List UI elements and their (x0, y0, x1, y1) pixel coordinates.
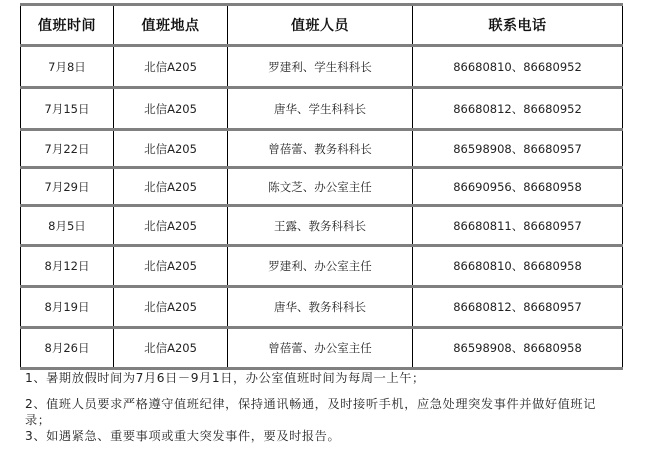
cell-phone: 86680811、86680957 (413, 206, 623, 246)
duty-schedule-table: 值班时间 值班地点 值班人员 联系电话 7月8日 北信A205 罗建利、学生科科… (20, 3, 623, 370)
note-holiday-period: 1、暑期放假时间为7月6日－9月1日，办公室值班时间为每周一上午； (25, 370, 425, 386)
cell-staff: 曾蓓蕾、教务科科长 (228, 130, 413, 168)
cell-place: 北信A205 (114, 88, 228, 130)
cell-place: 北信A205 (114, 246, 228, 287)
cell-date: 7月22日 (21, 130, 114, 168)
header-staff: 值班人员 (228, 5, 413, 46)
header-date: 值班时间 (21, 5, 114, 46)
cell-date: 7月29日 (21, 168, 114, 206)
cell-staff: 罗建利、办公室主任 (228, 246, 413, 287)
cell-staff: 王露、教务科科长 (228, 206, 413, 246)
cell-staff: 陈文芝、办公室主任 (228, 168, 413, 206)
table-body: 7月8日 北信A205 罗建利、学生科科长 86680810、86680952 … (21, 46, 623, 369)
cell-staff: 唐华、学生科科长 (228, 88, 413, 130)
cell-date: 8月26日 (21, 328, 114, 369)
table-row: 8月5日 北信A205 王露、教务科科长 86680811、86680957 (21, 206, 623, 246)
cell-phone: 86690956、86680958 (413, 168, 623, 206)
note-duty-discipline: 2、值班人员要求严格遵守值班纪律，保持通讯畅通，及时接听手机，应急处理突发事件并… (25, 396, 600, 428)
table-row: 7月15日 北信A205 唐华、学生科科长 86680812、86680952 (21, 88, 623, 130)
cell-phone: 86680810、86680952 (413, 46, 623, 88)
cell-place: 北信A205 (114, 46, 228, 88)
cell-staff: 罗建利、学生科科长 (228, 46, 413, 88)
cell-date: 7月15日 (21, 88, 114, 130)
cell-place: 北信A205 (114, 206, 228, 246)
cell-date: 8月19日 (21, 287, 114, 328)
note-emergency-report: 3、如遇紧急、重要事项或重大突发事件，要及时报告。 (25, 428, 340, 444)
cell-staff: 唐华、教务科科长 (228, 287, 413, 328)
cell-date: 8月12日 (21, 246, 114, 287)
cell-phone: 86680812、86680952 (413, 88, 623, 130)
cell-place: 北信A205 (114, 130, 228, 168)
table-row: 7月8日 北信A205 罗建利、学生科科长 86680810、86680952 (21, 46, 623, 88)
cell-phone: 86680810、86680958 (413, 246, 623, 287)
header-place: 值班地点 (114, 5, 228, 46)
table-row: 8月19日 北信A205 唐华、教务科科长 86680812、86680957 (21, 287, 623, 328)
cell-place: 北信A205 (114, 168, 228, 206)
header-phone: 联系电话 (413, 5, 623, 46)
table-row: 7月22日 北信A205 曾蓓蕾、教务科科长 86598908、86680957 (21, 130, 623, 168)
table-row: 8月26日 北信A205 曾蓓蕾、办公室主任 86598908、86680958 (21, 328, 623, 369)
header-row: 值班时间 值班地点 值班人员 联系电话 (21, 5, 623, 46)
cell-date: 8月5日 (21, 206, 114, 246)
cell-phone: 86680812、86680957 (413, 287, 623, 328)
table-row: 8月12日 北信A205 罗建利、办公室主任 86680810、86680958 (21, 246, 623, 287)
cell-place: 北信A205 (114, 287, 228, 328)
cell-place: 北信A205 (114, 328, 228, 369)
cell-staff: 曾蓓蕾、办公室主任 (228, 328, 413, 369)
table-row: 7月29日 北信A205 陈文芝、办公室主任 86690956、86680958 (21, 168, 623, 206)
cell-phone: 86598908、86680958 (413, 328, 623, 369)
cell-date: 7月8日 (21, 46, 114, 88)
cell-phone: 86598908、86680957 (413, 130, 623, 168)
